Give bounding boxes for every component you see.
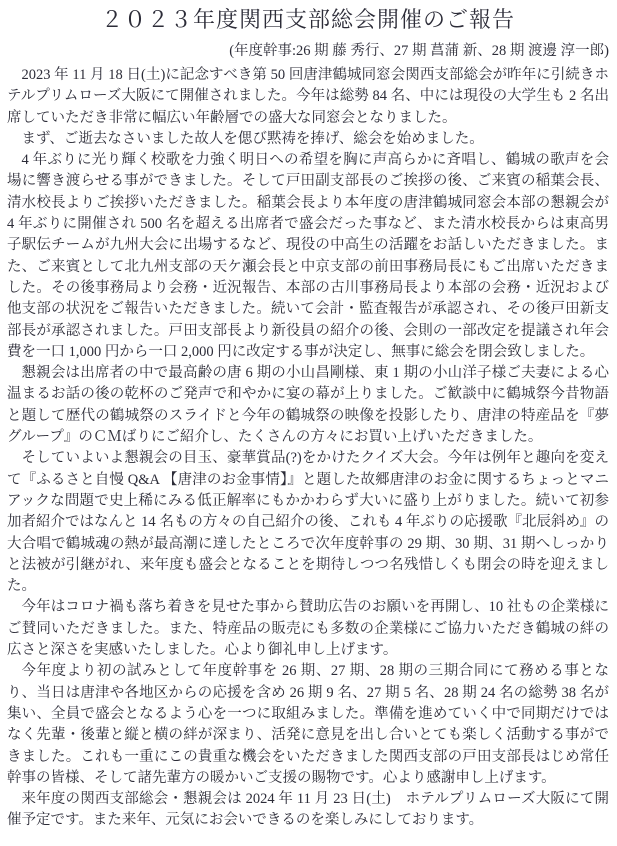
paragraph-joint-organizers: 今年度より初の試みとして年度幹事を 26 期、27 期、28 期の三期合同にて務… <box>7 661 609 789</box>
paragraph-quiz-and-song: そしていよいよ懇親会の目玉、豪華賞品(?)をかけたクイズ大会。今年は例年と趣向を… <box>7 448 609 597</box>
paragraph-opening: 2023 年 11 月 18 日(土)に記念すべき第 50 回唐津鶴城同窓会関西… <box>7 65 609 129</box>
report-page: ２０２３年度関西支部総会開催のご報告 (年度幹事:26 期 藤 秀行、27 期 … <box>0 0 617 846</box>
paragraph-next-year: 来年度の関西支部総会・懇親会は 2024 年 11 月 23 日(土) ホテルプ… <box>7 789 609 832</box>
paragraph-general-meeting: 4 年ぶりに光り輝く校歌を力強く明日への希望を胸に声高らかに斉唱し、鶴城の歌声を… <box>7 150 609 363</box>
officers-line: (年度幹事:26 期 藤 秀行、27 期 菖蒲 新、28 期 渡邊 淳一郎) <box>7 41 609 62</box>
report-body: 2023 年 11 月 18 日(土)に記念すべき第 50 回唐津鶴城同窓会関西… <box>7 65 609 832</box>
page-title: ２０２３年度関西支部総会開催のご報告 <box>7 3 609 34</box>
paragraph-silent-prayer: まず、ご逝去なさいました故人を偲び黙祷を捧げ、総会を始めました。 <box>7 129 609 150</box>
paragraph-sponsors: 今年はコロナ禍も落ち着きを見せた事から賛助広告のお願いを再開し、10 社もの企業… <box>7 597 609 661</box>
paragraph-banquet: 懇親会は出席者の中で最高齢の唐 6 期の小山昌剛様、東 1 期の小山洋子様ご夫妻… <box>7 363 609 448</box>
